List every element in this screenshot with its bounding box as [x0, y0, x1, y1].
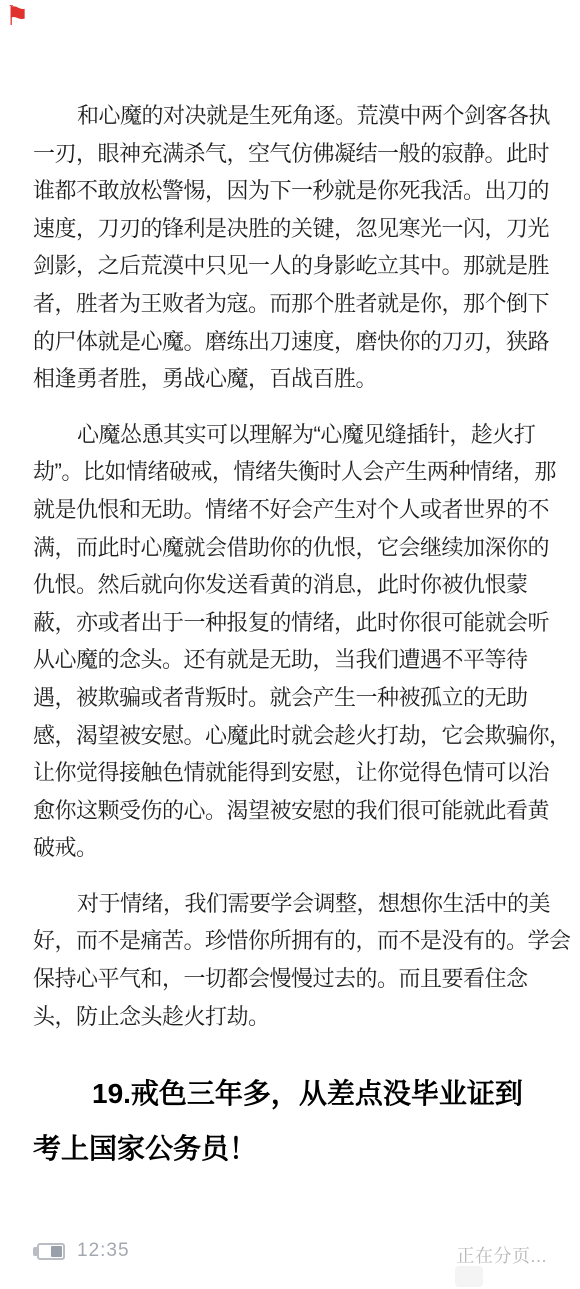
text-line: 蔽，亦或者出于一种报复的情绪，此时你很可能就会听 — [33, 604, 549, 642]
text-line: 和心魔的对决就是生死角逐。荒漠中两个剑客各执 — [33, 97, 549, 135]
text-line: 愈你这颗受伤的心。渴望被安慰的我们很可能就此看黄 — [33, 792, 549, 830]
paragraph: 和心魔的对决就是生死角逐。荒漠中两个剑客各执 一刃，眼神充满杀气，空气仿佛凝结一… — [33, 97, 549, 398]
clock-time: 12:35 — [77, 1240, 130, 1262]
text-line: 头，防止念头趁火打劫。 — [33, 998, 549, 1036]
text-line: 者，胜者为王败者为寇。而那个胜者就是你，那个倒下 — [33, 285, 549, 323]
text-line: 速度，刀刃的锋利是决胜的关键，忽见寒光一闪，刀光 — [33, 210, 549, 248]
text-line: 保持心平气和，一切都会慢慢过去的。而且要看住念 — [33, 960, 549, 998]
text-line: 一刃，眼神充满杀气，空气仿佛凝结一般的寂静。此时 — [33, 135, 549, 173]
text-line: 让你觉得接触色情就能得到安慰，让你觉得色情可以治 — [33, 754, 549, 792]
reader-page[interactable]: ⚑ 和心魔的对决就是生死角逐。荒漠中两个剑客各执 一刃，眼神充满杀气，空气仿佛凝… — [0, 0, 580, 1289]
battery-body — [37, 1243, 65, 1260]
text-line: 心魔怂恿其实可以理解为“心魔见缝插针，趁火打 — [33, 416, 549, 454]
chapter-heading-line: 考上国家公务员！ — [33, 1121, 549, 1176]
text-line: 相逢勇者胜，勇战心魔，百战百胜。 — [33, 360, 549, 398]
watermark-box — [455, 1266, 483, 1287]
status-bar-left: 12:35 — [33, 1240, 130, 1262]
text-line: 劫”。比如情绪破戒，情绪失衡时人会产生两种情绪，那 — [33, 453, 549, 491]
text-line: 满，而此时心魔就会借助你的仇恨，它会继续加深你的 — [33, 529, 549, 567]
flag-icon: ⚑ — [5, 0, 29, 32]
text-line: 谁都不敢放松警惕，因为下一秒就是你死我活。出刀的 — [33, 172, 549, 210]
text-line: 的尸体就是心魔。磨练出刀速度，磨快你的刀刃，狭路 — [33, 323, 549, 361]
text-line: 破戒。 — [33, 829, 549, 867]
text-line: 对于情绪，我们需要学会调整，想想你生活中的美 — [33, 885, 549, 923]
pagination-status: 正在分页... — [456, 1242, 547, 1268]
chapter-heading-line: 19.戒色三年多，从差点没毕业证到 — [33, 1066, 549, 1121]
battery-fill — [51, 1246, 62, 1257]
text-line: 遇，被欺骗或者背叛时。就会产生一种被孤立的无助 — [33, 679, 549, 717]
paragraph: 对于情绪，我们需要学会调整，想想你生活中的美 好，而不是痛苦。珍惜你所拥有的，而… — [33, 885, 549, 1035]
chapter-heading: 19.戒色三年多，从差点没毕业证到 考上国家公务员！ — [33, 1066, 549, 1176]
text-line: 仇恨。然后就向你发送看黄的消息，此时你被仇恨蒙 — [33, 566, 549, 604]
paragraph: 心魔怂恿其实可以理解为“心魔见缝插针，趁火打 劫”。比如情绪破戒，情绪失衡时人会… — [33, 416, 549, 867]
text-line: 就是仇恨和无助。情绪不好会产生对个人或者世界的不 — [33, 491, 549, 529]
text-line: 从心魔的念头。还有就是无助，当我们遭遇不平等待 — [33, 641, 549, 679]
text-line: 剑影，之后荒漠中只见一人的身影屹立其中。那就是胜 — [33, 247, 549, 285]
text-line: 好，而不是痛苦。珍惜你所拥有的，而不是没有的。学会 — [33, 922, 549, 960]
text-line: 感，渴望被安慰。心魔此时就会趁火打劫，它会欺骗你， — [33, 717, 549, 755]
battery-icon — [33, 1243, 65, 1260]
book-text-area: 和心魔的对决就是生死角逐。荒漠中两个剑客各执 一刃，眼神充满杀气，空气仿佛凝结一… — [33, 97, 549, 1176]
